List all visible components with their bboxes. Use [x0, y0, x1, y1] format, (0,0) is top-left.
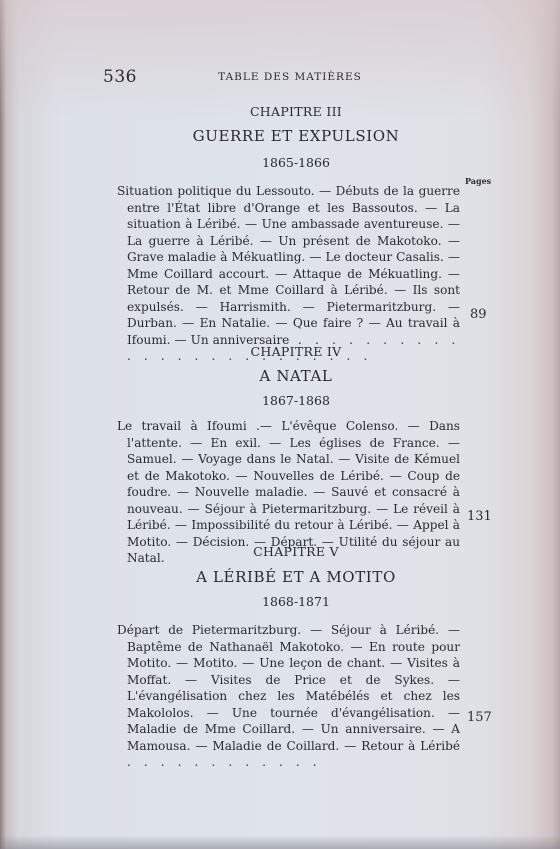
chapter-3-title: GUERRE ET EXPULSION — [0, 127, 560, 145]
chapter-3-summary: Situation politique du Lessouto. — Début… — [117, 183, 460, 365]
chapter-4-label: CHAPITRE IV — [0, 344, 560, 359]
page-tint — [0, 0, 560, 120]
chapter-3-years: 1865-1866 — [0, 155, 560, 170]
chapter-4-page: 131 — [467, 509, 492, 524]
chapter-5-page: 157 — [467, 710, 492, 725]
chapter-3-page: 89 — [470, 307, 487, 322]
chapter-4-years: 1867-1868 — [0, 393, 560, 408]
running-head: TABLE DES MATIÈRES — [0, 71, 560, 83]
chapter-3-label: CHAPITRE III — [0, 104, 560, 119]
chapter-5-summary: Départ de Pietermaritzburg. — Séjour à L… — [117, 622, 460, 771]
chapter-3-summary-text: Situation politique du Lessouto. — Début… — [117, 184, 460, 347]
chapter-4-title: A NATAL — [0, 367, 560, 385]
chapter-5-summary-text: Départ de Pietermaritzburg. — Séjour à L… — [117, 623, 460, 753]
chapter-5-title: A LÉRIBÉ ET A MOTITO — [0, 568, 560, 586]
pages-column-label: Pages — [465, 176, 491, 186]
page-edge-shadow — [0, 835, 560, 849]
dot-leader: . . . . . . . . . . . . — [127, 755, 321, 769]
chapter-5-years: 1868-1871 — [0, 594, 560, 609]
chapter-5-label: CHAPITRE V — [0, 544, 560, 559]
